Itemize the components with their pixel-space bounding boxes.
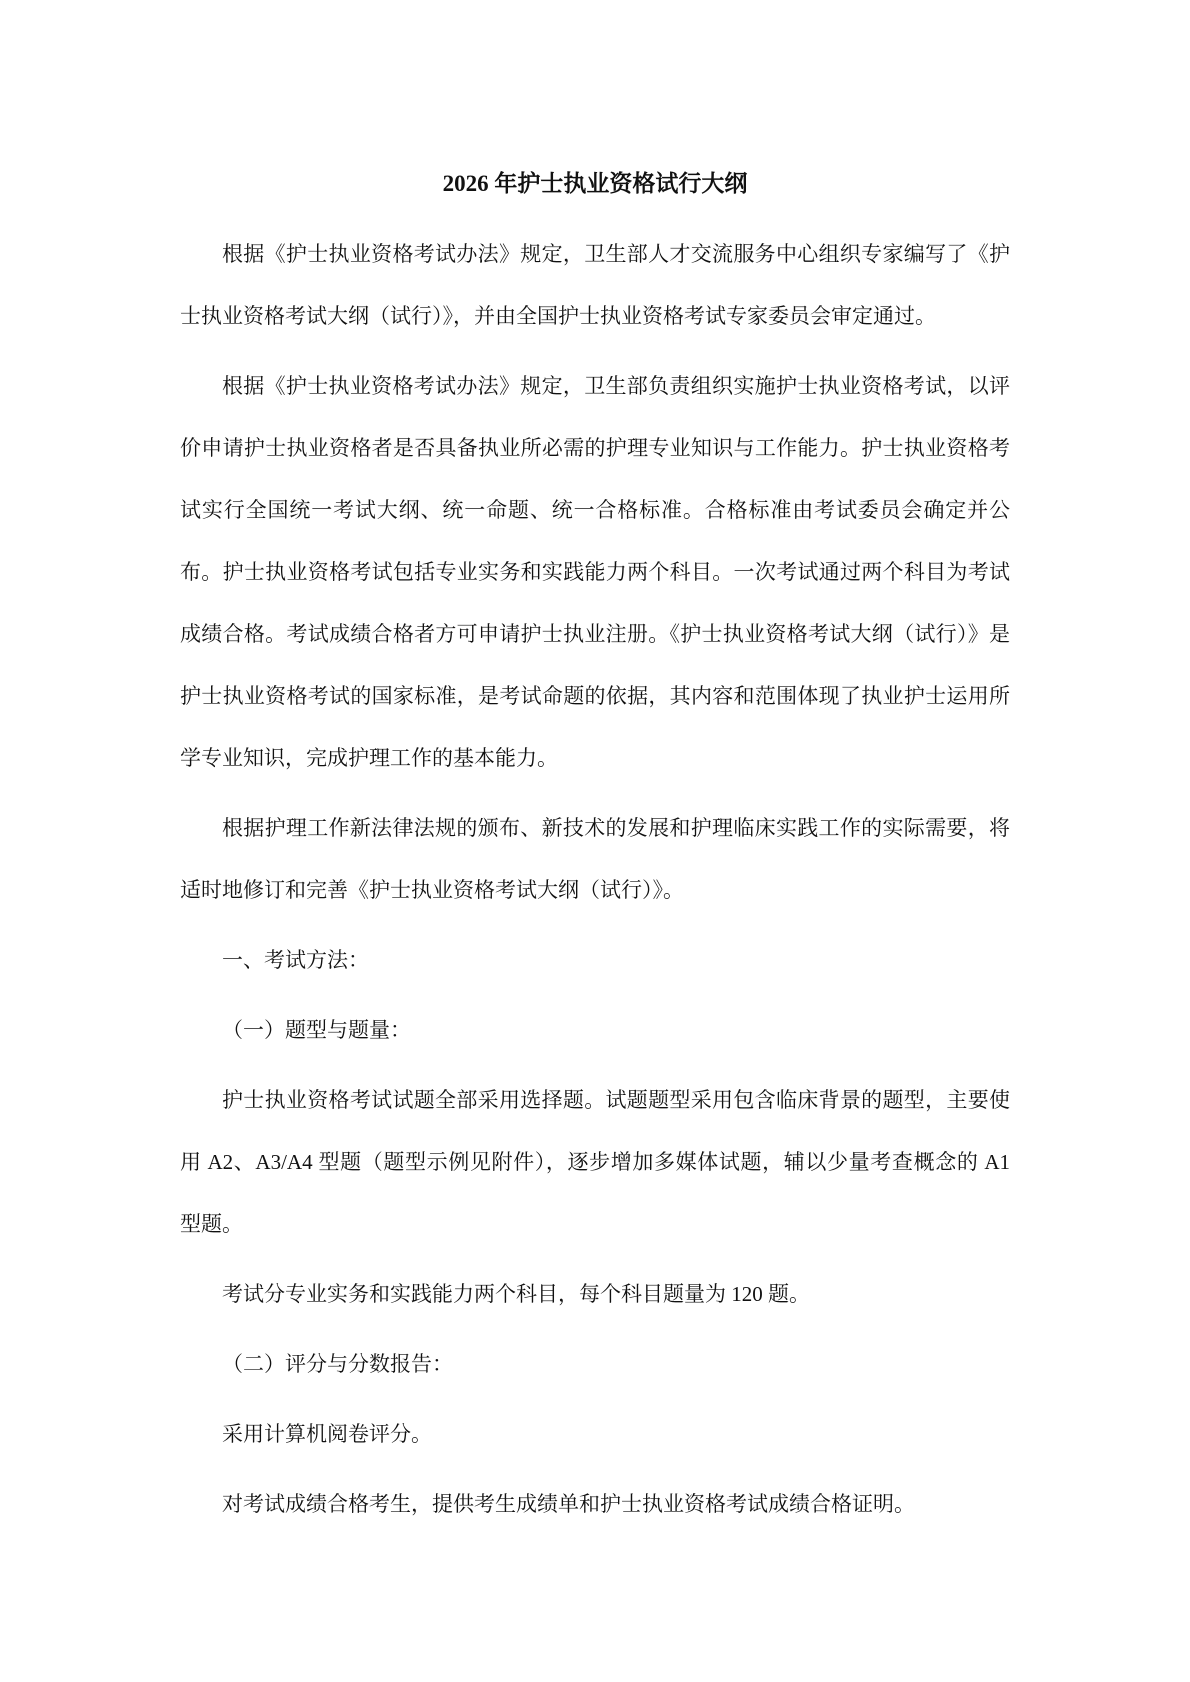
heading-question-types: （一）题型与题量： xyxy=(180,999,1010,1061)
paragraph-compilation: 根据《护士执业资格考试办法》规定，卫生部人才交流服务中心组织专家编写了《护士执业… xyxy=(180,223,1010,347)
heading-exam-method: 一、考试方法： xyxy=(180,929,1010,991)
document-title: 2026 年护士执业资格试行大纲 xyxy=(180,153,1010,215)
paragraph-scoring-method: 采用计算机阅卷评分。 xyxy=(180,1403,1010,1465)
paragraph-exam-overview: 根据《护士执业资格考试办法》规定，卫生部负责组织实施护士执业资格考试，以评价申请… xyxy=(180,355,1010,789)
paragraph-question-types: 护士执业资格考试试题全部采用选择题。试题题型采用包含临床背景的题型，主要使用 A… xyxy=(180,1069,1010,1255)
paragraph-score-certificate: 对考试成绩合格考生，提供考生成绩单和护士执业资格考试成绩合格证明。 xyxy=(180,1473,1010,1535)
paragraph-revision-note: 根据护理工作新法律法规的颁布、新技术的发展和护理临床实践工作的实际需要，将适时地… xyxy=(180,797,1010,921)
document-page: 2026 年护士执业资格试行大纲 根据《护士执业资格考试办法》规定，卫生部人才交… xyxy=(0,0,1190,1682)
paragraph-question-count: 考试分专业实务和实践能力两个科目，每个科目题量为 120 题。 xyxy=(180,1263,1010,1325)
heading-scoring-report: （二）评分与分数报告： xyxy=(180,1333,1010,1395)
